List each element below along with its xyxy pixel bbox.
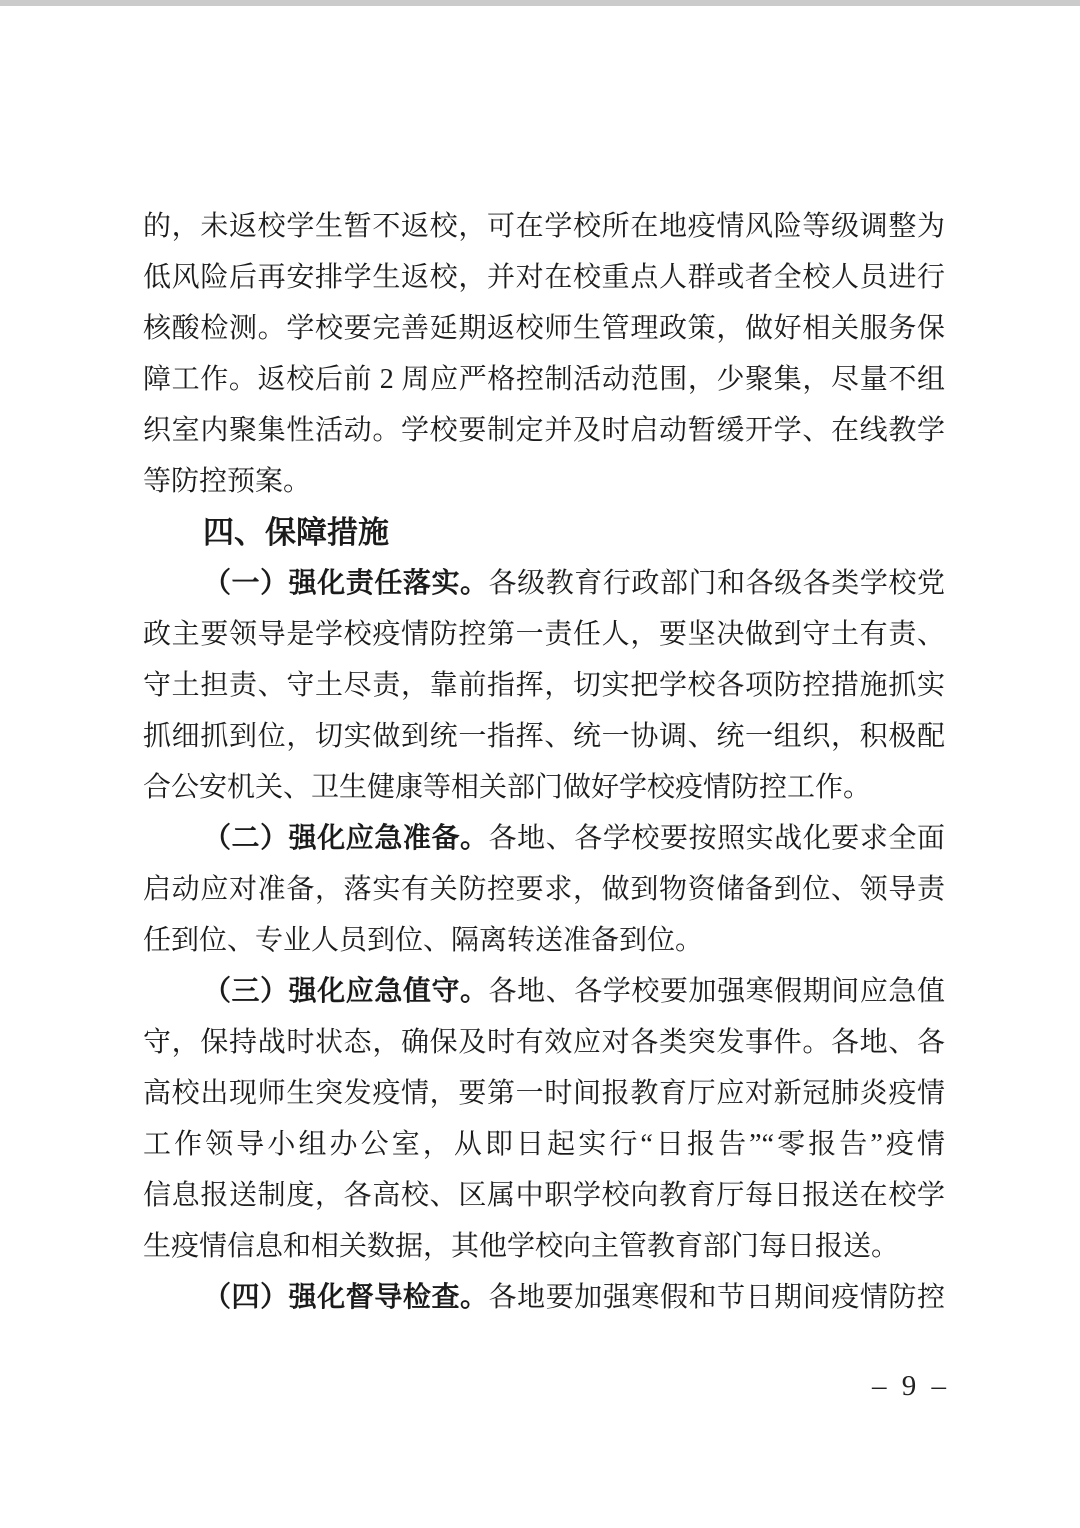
text-line: 织室内聚集性活动。学校要制定并及时启动暂缓开学、在线教学 xyxy=(143,405,945,456)
text-line: 启动应对准备，落实有关防控要求，做到物资储备到位、领导责 xyxy=(143,864,945,915)
paragraph-lead: （四）强化督导检查。 xyxy=(203,1282,489,1313)
text-line: 守，保持战时状态，确保及时有效应对各类突发事件。各地、各 xyxy=(143,1017,945,1068)
line-text: 任到位、专业人员到位、隔离转送准备到位。 xyxy=(143,925,703,956)
paragraph-lead: （三）强化应急值守。 xyxy=(203,976,489,1007)
line-text: 障工作。返校后前 2 周应严格控制活动范围，少聚集，尽量不组 xyxy=(143,364,945,395)
line-text: 低风险后再安排学生返校，并对在校重点人群或者全校人员进行 xyxy=(143,262,945,293)
text-line: 任到位、专业人员到位、隔离转送准备到位。 xyxy=(143,915,945,966)
line-text: 政主要领导是学校疫情防控第一责任人，要坚决做到守土有责、 xyxy=(143,619,945,650)
line-text: 工作领导小组办公室，从即日起实行“日报告”“零报告”疫情 xyxy=(143,1129,945,1160)
line-text: 守，保持战时状态，确保及时有效应对各类突发事件。各地、各 xyxy=(143,1027,945,1058)
line-text: 各地要加强寒假和节日期间疫情防控 xyxy=(489,1282,945,1313)
text-line: 政主要领导是学校疫情防控第一责任人，要坚决做到守土有责、 xyxy=(143,609,945,660)
document-page: 的，未返校学生暂不返校，可在学校所在地疫情风险等级调整为低风险后再安排学生返校，… xyxy=(0,0,1080,1528)
text-line: （四）强化督导检查。各地要加强寒假和节日期间疫情防控 xyxy=(143,1272,945,1323)
document-body: 的，未返校学生暂不返校，可在学校所在地疫情风险等级调整为低风险后再安排学生返校，… xyxy=(143,201,945,1323)
line-text: 等防控预案。 xyxy=(143,466,311,497)
page-number: – 9 – xyxy=(872,1371,950,1401)
text-line: 的，未返校学生暂不返校，可在学校所在地疫情风险等级调整为 xyxy=(143,201,945,252)
line-text: 高校出现师生突发疫情，要第一时间报教育厅应对新冠肺炎疫情 xyxy=(143,1078,945,1109)
line-text: 启动应对准备，落实有关防控要求，做到物资储备到位、领导责 xyxy=(143,874,945,905)
text-line: 等防控预案。 xyxy=(143,456,945,507)
text-line: 守土担责、守土尽责，靠前指挥，切实把学校各项防控措施抓实 xyxy=(143,660,945,711)
text-line: 核酸检测。学校要完善延期返校师生管理政策，做好相关服务保 xyxy=(143,303,945,354)
scan-top-edge-bar xyxy=(0,0,1080,6)
text-line: 障工作。返校后前 2 周应严格控制活动范围，少聚集，尽量不组 xyxy=(143,354,945,405)
line-text: 合公安机关、卫生健康等相关部门做好学校疫情防控工作。 xyxy=(143,772,871,803)
text-line: 合公安机关、卫生健康等相关部门做好学校疫情防控工作。 xyxy=(143,762,945,813)
text-line: 高校出现师生突发疫情，要第一时间报教育厅应对新冠肺炎疫情 xyxy=(143,1068,945,1119)
paragraph-lead: （二）强化应急准备。 xyxy=(203,823,489,854)
text-line: （三）强化应急值守。各地、各学校要加强寒假期间应急值 xyxy=(143,966,945,1017)
text-line: 抓细抓到位，切实做到统一指挥、统一协调、统一组织，积极配 xyxy=(143,711,945,762)
line-text: 生疫情信息和相关数据，其他学校向主管教育部门每日报送。 xyxy=(143,1231,899,1262)
text-line: （一）强化责任落实。各级教育行政部门和各级各类学校党 xyxy=(143,558,945,609)
line-text: 各地、各学校要按照实战化要求全面 xyxy=(489,823,945,854)
text-line: （二）强化应急准备。各地、各学校要按照实战化要求全面 xyxy=(143,813,945,864)
line-text: 织室内聚集性活动。学校要制定并及时启动暂缓开学、在线教学 xyxy=(143,415,945,446)
line-text: 抓细抓到位，切实做到统一指挥、统一协调、统一组织，积极配 xyxy=(143,721,945,752)
text-line: 信息报送制度，各高校、区属中职学校向教育厅每日报送在校学 xyxy=(143,1170,945,1221)
line-text: 的，未返校学生暂不返校，可在学校所在地疫情风险等级调整为 xyxy=(143,211,945,242)
paragraph-lead: （一）强化责任落实。 xyxy=(203,568,489,599)
text-line: 低风险后再安排学生返校，并对在校重点人群或者全校人员进行 xyxy=(143,252,945,303)
line-text: 四、保障措施 xyxy=(203,515,389,550)
section-heading: 四、保障措施 xyxy=(143,507,945,558)
text-line: 工作领导小组办公室，从即日起实行“日报告”“零报告”疫情 xyxy=(143,1119,945,1170)
line-text: 各地、各学校要加强寒假期间应急值 xyxy=(489,976,945,1007)
text-line: 生疫情信息和相关数据，其他学校向主管教育部门每日报送。 xyxy=(143,1221,945,1272)
line-text: 守土担责、守土尽责，靠前指挥，切实把学校各项防控措施抓实 xyxy=(143,670,945,701)
line-text: 各级教育行政部门和各级各类学校党 xyxy=(489,568,945,599)
line-text: 信息报送制度，各高校、区属中职学校向教育厅每日报送在校学 xyxy=(143,1180,945,1211)
line-text: 核酸检测。学校要完善延期返校师生管理政策，做好相关服务保 xyxy=(143,313,945,344)
